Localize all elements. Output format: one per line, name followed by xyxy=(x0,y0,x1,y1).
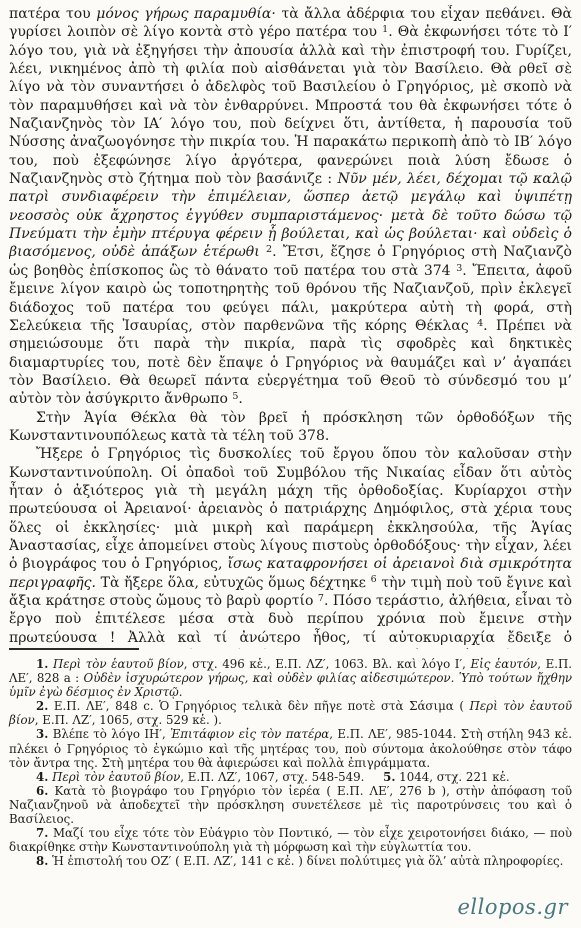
text-segment: Βλέπε τὸ λόγο ΙΗ′, xyxy=(48,727,170,741)
text-segment: Περὶ τὸν ἑαυτοῦ βίον xyxy=(52,770,180,784)
text-segment: Ἡ ἐπιστολή του ΟΖ′ ( Ε.Π. ΛΖ′, 141 c κἑ.… xyxy=(48,854,563,868)
footnote-reference: 6 xyxy=(371,574,377,585)
scanned-book-page: πατέρα του μόνος γήρως παραμυθία· τὰ ἄλλ… xyxy=(0,0,581,928)
text-segment: Οὐδὲν ἰσχυρώτερον γήρως, καὶ οὐδὲν φιλία… xyxy=(9,671,572,699)
footnote-reference: 3 xyxy=(456,263,462,274)
footnote-reference: 7 xyxy=(318,593,324,604)
footnote-item: 1. Περὶ τὸν ἑαυτοῦ βίον, στχ. 496 κἑ., Ε… xyxy=(9,657,572,699)
text-segment: Ε.Π. ΛΕ′, 848 c. Ὁ Γρηγόριος τελικὰ δὲν … xyxy=(48,699,469,713)
text-segment: 1. xyxy=(36,657,48,671)
footnote-item: 8. Ἡ ἐπιστολή του ΟΖ′ ( Ε.Π. ΛΖ′, 141 c … xyxy=(9,854,572,868)
text-segment: . Θὰ ἐκφωνήσει τότε τὸ Ι′ λόγο του, γιὰ … xyxy=(9,24,572,187)
text-segment: Τὰ ἤξερε ὅλα, εὐτυχῶς ὅμως δέχτηκε xyxy=(96,575,371,591)
text-segment: 1044, στχ. 221 κἑ. xyxy=(395,770,509,784)
paragraph: Ἤξερε ὁ Γρηγόριος τὶς δυσκολίες τοῦ ἔργο… xyxy=(9,445,572,649)
footnote-item: 3. Βλέπε τὸ λόγο ΙΗ′, Ἐπιτάφιον εἰς τὸν … xyxy=(9,727,572,769)
text-segment: 2. xyxy=(36,699,48,713)
text-segment: Περὶ τὸν ἑαυτοῦ βίον xyxy=(53,657,184,671)
text-segment: . xyxy=(238,391,242,407)
text-segment: 5. xyxy=(383,770,395,784)
footnote-item: 2. Ε.Π. ΛΕ′, 848 c. Ὁ Γρηγόριος τελικὰ δ… xyxy=(9,699,572,727)
paragraph: πατέρα του μόνος γήρως παραμυθία· τὰ ἄλλ… xyxy=(9,5,572,409)
text-segment: Ἤξερε ὁ Γρηγόριος τὶς δυσκολίες τοῦ ἔργο… xyxy=(9,446,572,572)
text-segment: Κατὰ τὸ βιογράφο του Γρηγόριο τὸν ἱερέα … xyxy=(9,784,572,826)
footnote-item: 4. Περὶ τὸν ἑαυτοῦ βίον, Ε.Π. ΛΖ′, 1067,… xyxy=(9,770,572,784)
text-segment: Στὴν Ἁγία Θέκλα θὰ τὸν βρεῖ ἡ πρόσκληση … xyxy=(9,410,572,444)
text-segment: 4. xyxy=(36,770,48,784)
text-segment: 7. xyxy=(36,826,48,840)
footnote-separator xyxy=(9,648,139,650)
text-segment: 3. xyxy=(36,727,48,741)
text-segment: Ἐπιτάφιον εἰς τὸν πατέρα xyxy=(170,727,329,741)
paragraph: Στὴν Ἁγία Θέκλα θὰ τὸν βρεῖ ἡ πρόσκληση … xyxy=(9,409,572,446)
footnote-reference: 4 xyxy=(477,318,483,329)
footnote-reference: 1 xyxy=(382,24,388,35)
ellopos-watermark: ellopos.gr xyxy=(457,895,568,919)
footnote-reference: 5 xyxy=(232,391,238,402)
footnote-item: 7. Μαζί του εἶχε τότε τὸν Εὐάγριο τὸν Πο… xyxy=(9,826,572,854)
footnote-reference: 2 xyxy=(266,244,272,255)
footnote-reference: 8 xyxy=(566,648,572,649)
text-segment: πατέρα του xyxy=(9,6,96,22)
text-segment: , στχ. 496 κἑ., Ε.Π. ΛΖ′, 1063. Βλ. καὶ … xyxy=(184,657,471,671)
text-segment: , Ε.Π. ΛΖ′, 1067, στχ. 548-549. xyxy=(180,770,383,784)
text-segment: μόνος γήρως παραμυθία· xyxy=(96,6,276,22)
footnote-item: 6. Κατὰ τὸ βιογράφο του Γρηγόριο τὸν ἱερ… xyxy=(9,784,572,826)
body-text: πατέρα του μόνος γήρως παραμυθία· τὰ ἄλλ… xyxy=(9,5,572,649)
text-segment: 6. xyxy=(36,784,48,798)
text-segment: Μαζί του εἶχε τότε τὸν Εὐάγριο τὸν Ποντι… xyxy=(9,826,572,854)
text-segment: , Ε.Π. ΛΖ′, 1065, στχ. 529 κἑ. ). xyxy=(35,713,222,727)
text-segment: Εἰς ἑαυτόν xyxy=(471,657,538,671)
text-segment: 8. xyxy=(36,854,48,868)
footnotes: 1. Περὶ τὸν ἑαυτοῦ βίον, στχ. 496 κἑ., Ε… xyxy=(9,657,572,868)
